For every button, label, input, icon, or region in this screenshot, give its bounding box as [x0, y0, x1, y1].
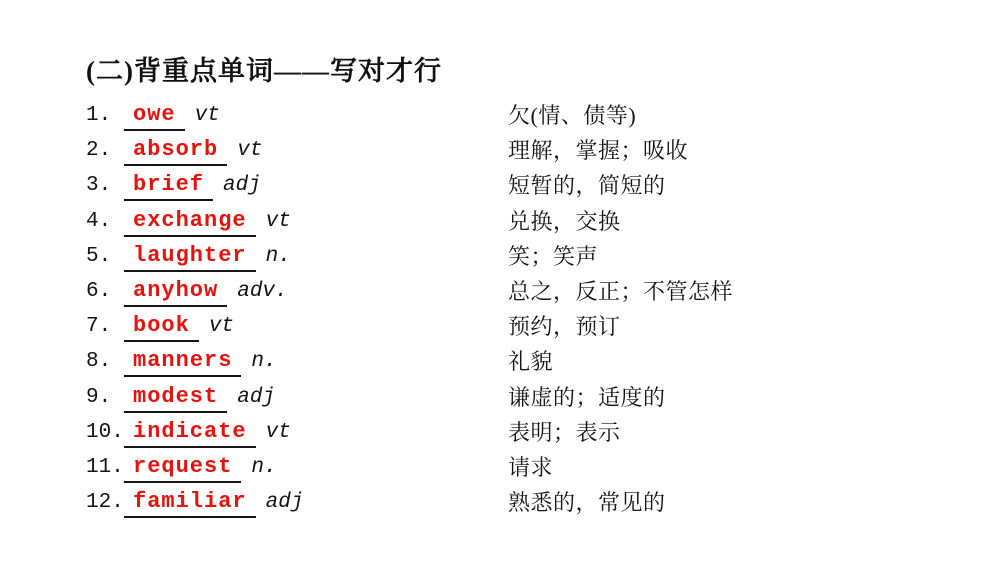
word-row: 6. anyhow adv. 总之，反正；不管怎样 — [86, 274, 442, 309]
word-row: 5. laughter n. 笑；笑声 — [86, 239, 442, 274]
page-title: (二)背重点单词——写对才行 — [86, 54, 442, 88]
item-number: 9. — [86, 380, 124, 415]
word-row: 10. indicate vt 表明；表示 — [86, 415, 442, 450]
word-row: 3. brief adj 短暂的，简短的 — [86, 168, 442, 203]
vocab-word-blank: owe — [124, 102, 185, 131]
vocab-word-blank: manners — [124, 348, 241, 377]
item-number: 12. — [86, 485, 124, 520]
part-of-speech: vt — [195, 104, 220, 127]
chinese-meaning: 笑；笑声 — [508, 239, 598, 274]
chinese-meaning: 兑换，交换 — [508, 204, 621, 239]
vocab-word-blank: absorb — [124, 137, 227, 166]
part-of-speech: vt — [237, 139, 262, 162]
item-number: 2. — [86, 133, 124, 168]
word-row: 1. owe vt 欠(情、债等) — [86, 98, 442, 133]
chinese-meaning: 预约，预订 — [508, 309, 621, 344]
vocab-word-blank: book — [124, 313, 199, 342]
chinese-meaning: 熟悉的，常见的 — [508, 485, 666, 520]
chinese-meaning: 礼貌 — [508, 344, 553, 379]
vocab-word-blank: laughter — [124, 243, 256, 272]
word-row: 9. modest adj 谦虚的；适度的 — [86, 380, 442, 415]
part-of-speech: n. — [251, 350, 276, 373]
item-number: 5. — [86, 239, 124, 274]
item-number: 8. — [86, 344, 124, 379]
part-of-speech: vt — [209, 315, 234, 338]
part-of-speech: vt — [266, 210, 291, 233]
part-of-speech: adj — [237, 386, 275, 409]
slide-content: (二)背重点单词——写对才行 1. owe vt 欠(情、债等) 2. abso… — [86, 54, 442, 520]
chinese-meaning: 谦虚的；适度的 — [508, 380, 666, 415]
item-number: 1. — [86, 98, 124, 133]
word-row: 12. familiar adj 熟悉的，常见的 — [86, 485, 442, 520]
item-number: 10. — [86, 415, 124, 450]
item-number: 6. — [86, 274, 124, 309]
chinese-meaning: 请求 — [508, 450, 553, 485]
word-row: 2. absorb vt 理解，掌握；吸收 — [86, 133, 442, 168]
word-row: 7. book vt 预约，预订 — [86, 309, 442, 344]
item-number: 4. — [86, 204, 124, 239]
vocab-word-blank: exchange — [124, 208, 256, 237]
vocab-word-blank: familiar — [124, 489, 256, 518]
vocab-word-blank: brief — [124, 172, 213, 201]
vocabulary-slide: (二)背重点单词——写对才行 1. owe vt 欠(情、债等) 2. abso… — [0, 0, 1000, 562]
vocab-word-blank: indicate — [124, 419, 256, 448]
item-number: 11. — [86, 450, 124, 485]
part-of-speech: n. — [266, 245, 291, 268]
part-of-speech: vt — [266, 421, 291, 444]
chinese-meaning: 欠(情、债等) — [508, 98, 636, 133]
chinese-meaning: 理解，掌握；吸收 — [508, 133, 688, 168]
part-of-speech: adj — [266, 491, 304, 514]
part-of-speech: n. — [251, 456, 276, 479]
part-of-speech: adv. — [237, 280, 287, 303]
vocab-word-blank: anyhow — [124, 278, 227, 307]
word-list: 1. owe vt 欠(情、债等) 2. absorb vt 理解，掌握；吸收 … — [86, 98, 442, 520]
item-number: 3. — [86, 168, 124, 203]
word-row: 8. manners n. 礼貌 — [86, 344, 442, 379]
vocab-word-blank: modest — [124, 384, 227, 413]
chinese-meaning: 短暂的，简短的 — [508, 168, 666, 203]
vocab-word-blank: request — [124, 454, 241, 483]
word-row: 11. request n. 请求 — [86, 450, 442, 485]
part-of-speech: adj — [223, 174, 261, 197]
item-number: 7. — [86, 309, 124, 344]
word-row: 4. exchange vt 兑换，交换 — [86, 204, 442, 239]
chinese-meaning: 表明；表示 — [508, 415, 621, 450]
chinese-meaning: 总之，反正；不管怎样 — [508, 274, 733, 309]
